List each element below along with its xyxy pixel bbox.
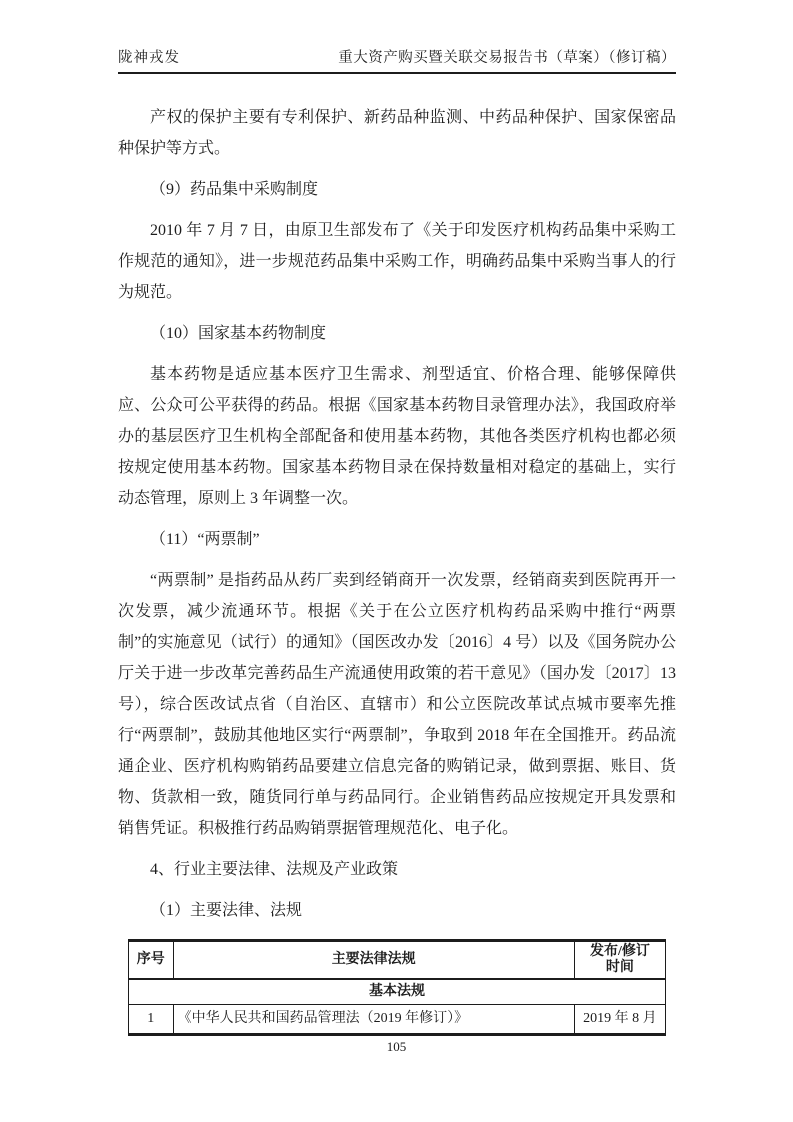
document-page: 陇神戎发 重大资产购买暨关联交易报告书（草案）（修订稿） 产权的保护主要有专利保… [0, 0, 793, 1122]
page-number: 105 [0, 1039, 793, 1055]
paragraph-two-invoice-system: “两票制” 是指药品从药厂卖到经销商开一次发票，经销商卖到医院再开一次发票，减少… [118, 565, 676, 844]
section-heading-4-laws: 4、行业主要法律、法规及产业政策 [118, 854, 676, 885]
table-row: 1 《中华人民共和国药品管理法（2019 年修订）》 2019 年 8 月 [129, 1005, 666, 1035]
section-heading-9: （9）药品集中采购制度 [118, 174, 676, 205]
paragraph-centralized-procurement: 2010 年 7 月 7 日，由原卫生部发布了《关于印发医疗机构药品集中采购工作… [118, 215, 676, 308]
section-heading-11: （11）“两票制” [118, 524, 676, 555]
section-heading-1-main-laws: （1）主要法律、法规 [118, 895, 676, 926]
section-label-basic-laws: 基本法规 [129, 979, 666, 1005]
cell-law-name: 《中华人民共和国药品管理法（2019 年修订）》 [173, 1005, 574, 1035]
section-heading-10: （10）国家基本药物制度 [118, 318, 676, 349]
content-area: 产权的保护主要有专利保护、新药品种监测、中药品种保护、国家保密品种保护等方式。 … [118, 92, 676, 1036]
cell-row-number: 1 [129, 1005, 174, 1035]
column-header-issue-date: 发布/修订 时间 [574, 941, 665, 980]
header-document-title: 重大资产购买暨关联交易报告书（草案）（修订稿） [338, 46, 676, 67]
page-header: 陇神戎发 重大资产购买暨关联交易报告书（草案）（修订稿） [118, 46, 676, 74]
table-section-row: 基本法规 [129, 979, 666, 1005]
paragraph-essential-drugs: 基本药物是适应基本医疗卫生需求、剂型适宜、价格合理、能够保障供应、公众可公平获得… [118, 359, 676, 514]
header-company-name: 陇神戎发 [118, 46, 180, 67]
table-header-row: 序号 主要法律法规 发布/修订 时间 [129, 941, 666, 980]
cell-issue-date: 2019 年 8 月 [574, 1005, 665, 1035]
column-header-no: 序号 [129, 941, 174, 980]
column-header-law-name: 主要法律法规 [173, 941, 574, 980]
laws-regulations-table: 序号 主要法律法规 发布/修订 时间 基本法规 1 《中华人民共和国药品管理法（… [128, 939, 666, 1036]
paragraph-ip-protection: 产权的保护主要有专利保护、新药品种监测、中药品种保护、国家保密品种保护等方式。 [118, 102, 676, 164]
